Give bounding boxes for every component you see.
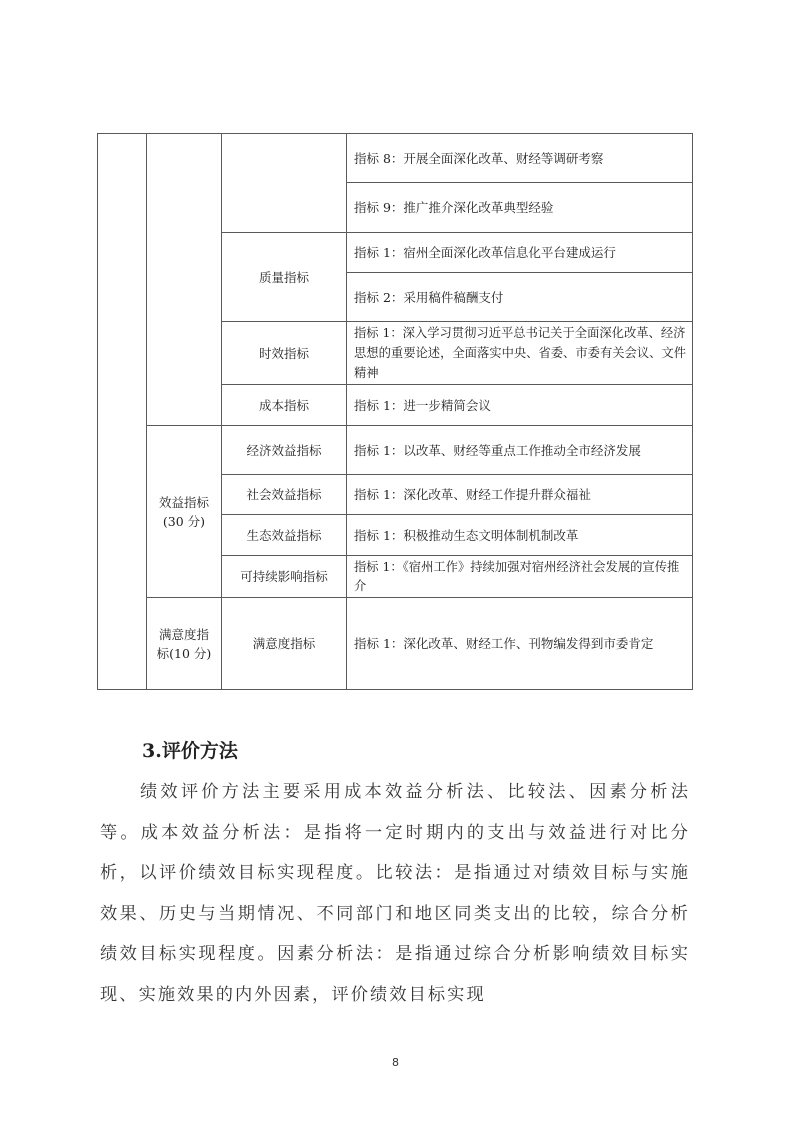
satisfaction-item-cell: 指标 1：深化改革、财经工作、刊物编发得到市委肯定 xyxy=(346,597,693,690)
cost-indicator-label-cell: 成本指标 xyxy=(221,384,347,426)
quality-indicator-label-cell: 质量指标 xyxy=(221,232,347,322)
indicator-8-cell: 指标 8：开展全面深化改革、财经等调研考察 xyxy=(346,133,693,183)
section-paragraph: 绩效评价方法主要采用成本效益分析法、比较法、因素分析法等。成本效益分析法：是指将… xyxy=(100,772,690,1015)
satisfaction-category-cell: 满意度指 标(10 分) xyxy=(146,597,222,690)
sustainable-impact-item-text: 指标 1：《宿州工作》持续加强对宿州经济社会发展的宣传推介 xyxy=(354,558,688,596)
timeliness-item-text: 指标 1：深入学习贯彻习近平总书记关于全面深化改革、经济思想的重要论述，全面落实… xyxy=(354,323,688,383)
economic-benefit-item-text: 指标 1：以改革、财经等重点工作推动全市经济发展 xyxy=(354,441,641,460)
section-heading: 3.评价方法 xyxy=(142,736,238,763)
satisfaction-item-text: 指标 1：深化改革、财经工作、刊物编发得到市委肯定 xyxy=(354,634,653,653)
cost-indicator-label: 成本指标 xyxy=(259,396,309,415)
sustainable-impact-label-cell: 可持续影响指标 xyxy=(221,555,347,598)
social-benefit-item-cell: 指标 1：深化改革、财经工作提升群众福祉 xyxy=(346,474,693,515)
cost-item-text: 指标 1：进一步精简会议 xyxy=(354,396,491,415)
quantity-sub-cell xyxy=(221,133,347,233)
cost-item-cell: 指标 1：进一步精简会议 xyxy=(346,384,693,426)
quality-indicator-label: 质量指标 xyxy=(259,268,309,287)
timeliness-indicator-label-cell: 时效指标 xyxy=(221,321,347,385)
ecological-benefit-label: 生态效益指标 xyxy=(246,526,321,545)
quality-item-2-text: 指标 2：采用稿件稿酬支付 xyxy=(354,288,503,307)
satisfaction-sub-label: 满意度指标 xyxy=(253,634,316,653)
col1-category-cell xyxy=(97,133,147,690)
satisfaction-category-label: 满意度指 xyxy=(159,625,209,644)
ecological-benefit-item-text: 指标 1：积极推动生态文明体制机制改革 xyxy=(354,526,578,545)
economic-benefit-label: 经济效益指标 xyxy=(246,441,321,460)
benefit-indicator-category-cell: 效益指标 (30 分) xyxy=(146,425,222,598)
economic-benefit-item-cell: 指标 1：以改革、财经等重点工作推动全市经济发展 xyxy=(346,425,693,475)
timeliness-item-cell: 指标 1：深入学习贯彻习近平总书记关于全面深化改革、经济思想的重要论述，全面落实… xyxy=(346,321,693,385)
performance-indicator-table: 指标 8：开展全面深化改革、财经等调研考察 指标 9：推广推介深化改革典型经验 … xyxy=(97,133,693,690)
quality-item-1-text: 指标 1：宿州全面深化改革信息化平台建成运行 xyxy=(354,243,616,262)
page-number: 8 xyxy=(392,1056,399,1069)
timeliness-indicator-label: 时效指标 xyxy=(259,344,309,363)
sustainable-impact-item-cell: 指标 1：《宿州工作》持续加强对宿州经济社会发展的宣传推介 xyxy=(346,555,693,598)
indicator-8-text: 指标 8：开展全面深化改革、财经等调研考察 xyxy=(354,149,603,168)
social-benefit-label-cell: 社会效益指标 xyxy=(221,474,347,515)
satisfaction-category-score: 标(10 分) xyxy=(157,644,212,663)
satisfaction-sub-label-cell: 满意度指标 xyxy=(221,597,347,690)
indicator-9-cell: 指标 9：推广推介深化改革典型经验 xyxy=(346,182,693,233)
social-benefit-item-text: 指标 1：深化改革、财经工作提升群众福祉 xyxy=(354,485,591,504)
sustainable-impact-label: 可持续影响指标 xyxy=(240,567,328,586)
indicator-9-text: 指标 9：推广推介深化改革典型经验 xyxy=(354,198,553,217)
ecological-benefit-item-cell: 指标 1：积极推动生态文明体制机制改革 xyxy=(346,514,693,556)
benefit-category-label: 效益指标 xyxy=(159,493,209,512)
benefit-category-score: (30 分) xyxy=(163,512,205,531)
col2-output-cell xyxy=(146,133,222,426)
ecological-benefit-label-cell: 生态效益指标 xyxy=(221,514,347,556)
economic-benefit-label-cell: 经济效益指标 xyxy=(221,425,347,475)
quality-item-2-cell: 指标 2：采用稿件稿酬支付 xyxy=(346,272,693,322)
quality-item-1-cell: 指标 1：宿州全面深化改革信息化平台建成运行 xyxy=(346,232,693,273)
social-benefit-label: 社会效益指标 xyxy=(246,485,321,504)
